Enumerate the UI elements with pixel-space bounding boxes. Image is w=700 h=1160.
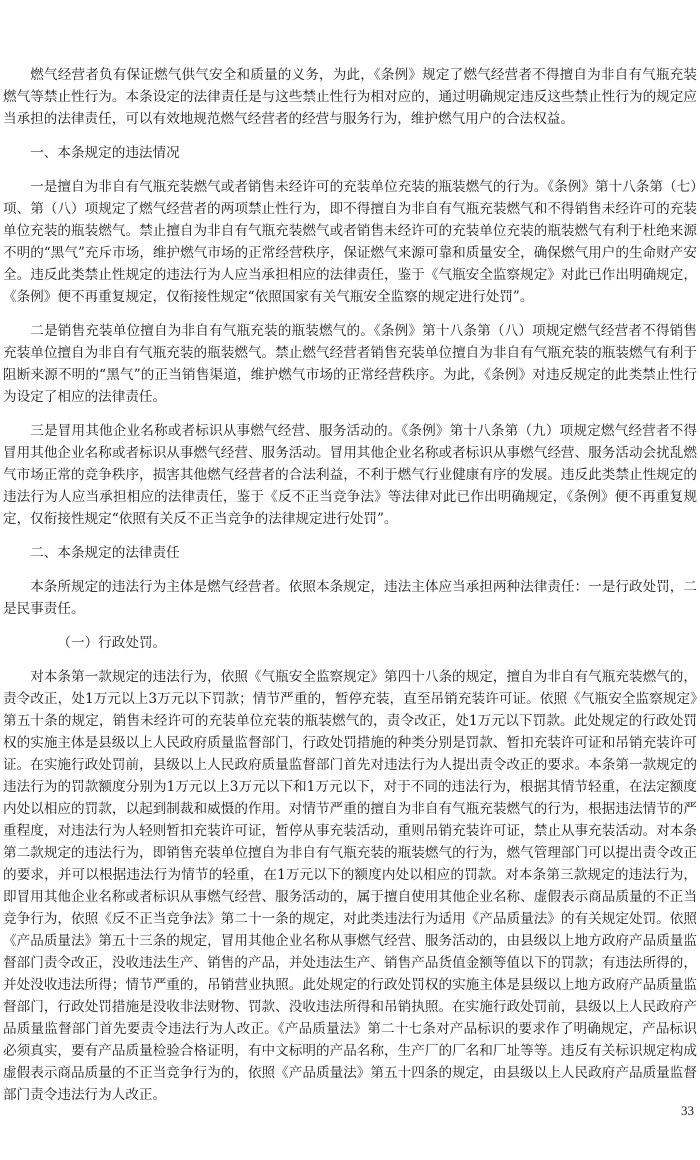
spacer [3, 164, 697, 176]
violation-paragraph-2: 二是销售充装单位擅自为非自有气瓶充装的瓶装燃气的。《条例》第十八条第（八）项规定… [3, 320, 697, 408]
section-heading-violations: 一、本条规定的违法情况 [3, 142, 697, 164]
spacer [3, 408, 697, 420]
spacer [3, 530, 697, 542]
violation-paragraph-1: 一是擅自为非自有气瓶充装燃气或者销售未经许可的充装单位充装的瓶装燃气的行为。《条… [3, 176, 697, 308]
spacer [3, 620, 697, 632]
subsection-heading-admin-penalty: （一）行政处罚。 [3, 632, 697, 654]
liability-intro-paragraph: 本条所规定的违法行为主体是燃气经营者。依照本条规定，违法主体应当承担两种法律责任… [3, 576, 697, 620]
spacer [3, 308, 697, 320]
page-number: 33 [681, 1103, 694, 1119]
spacer [3, 654, 697, 666]
spacer [3, 130, 697, 142]
intro-paragraph: 燃气经营者负有保证燃气供气安全和质量的义务，为此，《条例》规定了燃气经营者不得擅… [3, 64, 697, 130]
admin-penalty-paragraph: 对本条第一款规定的违法行为，依照《气瓶安全监察规定》第四十八条的规定，擅自为非自… [3, 666, 697, 1106]
violation-paragraph-3: 三是冒用其他企业名称或者标识从事燃气经营、服务活动的。《条例》第十八条第（九）项… [3, 420, 697, 530]
section-heading-liability: 二、本条规定的法律责任 [3, 542, 697, 564]
spacer [3, 564, 697, 576]
document-page: 燃气经营者负有保证燃气供气安全和质量的义务，为此，《条例》规定了燃气经营者不得擅… [3, 64, 697, 1106]
